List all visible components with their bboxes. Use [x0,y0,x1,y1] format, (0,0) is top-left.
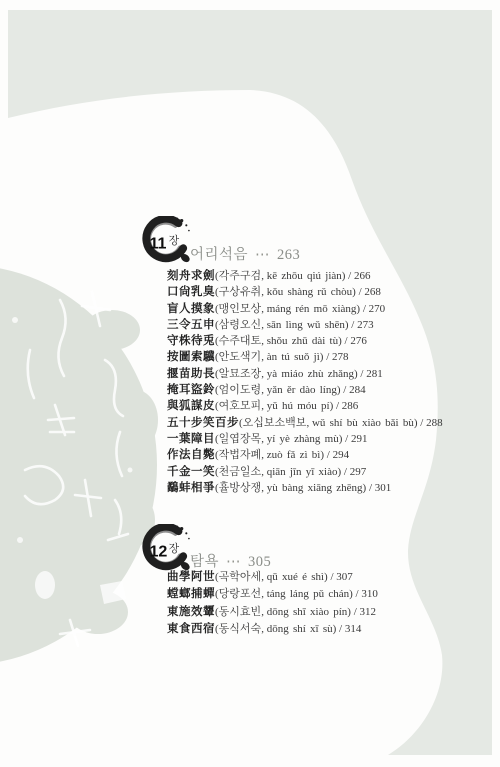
paren-close-slash: ) / [354,368,366,380]
entry-hanja: 三令五申 [167,319,215,331]
paren-close-slash: ) / [342,270,354,282]
toc-entry-list-11: 刻舟求劍(각주구검, kē zhōu qiú jiàn) / 266 口尙乳臭(… [167,268,443,496]
entry-hanja: 掩耳盜鈴 [167,384,215,396]
toc-entry: 掩耳盜鈴(엄이도령, yǎn ěr dào líng) / 284 [167,382,443,398]
paren-close-slash: ) / [324,571,336,583]
toc-entry: 千金一笑(천금일소, qiān jīn yī xiào) / 297 [167,464,443,480]
entry-hanja: 守株待兎 [167,335,215,347]
paren-close-slash: ) / [352,286,364,298]
toc-entry: 鷸蚌相爭(휼방상쟁, yù bàng xiāng zhēng) / 301 [167,480,443,496]
oracle-bone-rubbing-circle [0,265,158,665]
ink-speckle-icon [180,527,183,530]
title-ellipsis: ⋯ [226,554,241,570]
toc-entry: 東食西宿(동식서숙, dōng shí xī sù) / 314 [167,621,378,638]
entry-korean: 맹인모상 [219,303,262,315]
entry-korean: 구상유취 [219,286,262,298]
entry-pinyin: qiān jīn yī xiào [267,466,338,478]
entry-korean: 동식서숙 [219,623,262,635]
entry-korean: 안도색기 [219,351,262,363]
entry-hanja: 揠苗助長 [167,368,215,380]
entry-pinyin: kē zhōu qiú jiàn [267,270,342,282]
entry-korean: 알묘조장 [219,368,262,380]
entry-pinyin: àn tú suǒ jì [267,351,320,363]
paren-close-slash: ) / [330,400,342,412]
entry-hanja: 盲人摸象 [167,303,215,315]
entry-pinyin: táng láng pǔ chán [267,588,349,600]
entry-pinyin: dōng shí xī sù [267,623,333,635]
entry-page-number: 310 [361,588,378,600]
entry-page-number: 314 [345,623,362,635]
entry-page-number: 284 [349,384,366,396]
entry-korean: 동시효빈 [219,606,262,618]
paren-close-slash: ) / [338,335,350,347]
toc-entry: 作法自斃(작법자폐, zuò fǎ zì bì) / 294 [167,447,443,463]
entry-pinyin: zuò fǎ zì bì [267,449,321,461]
entry-pinyin: máng rén mō xiàng [267,303,357,315]
toc-entry: 五十步笑百步(오십보소백보, wǔ shí bù xiào bǎi bù) / … [167,415,443,431]
chapter-title-text: 탐욕 [190,554,219,570]
entry-page-number: 270 [369,303,386,315]
entry-pinyin: sān lìng wǔ shēn [267,319,345,331]
entry-pinyin: dōng shī xiào pín [267,606,348,618]
entry-page-number: 276 [350,335,367,347]
entry-page-number: 286 [342,400,359,412]
entry-page-number: 273 [357,319,374,331]
paren-close-slash: ) / [414,417,426,429]
chapter-title-text: 어리석음 [190,247,248,263]
entry-hanja: 口尙乳臭 [167,286,215,298]
paren-close-slash: ) / [339,433,351,445]
paren-close-slash: ) / [347,606,359,618]
entry-page-number: 312 [360,606,377,618]
entry-page-number: 268 [364,286,381,298]
entry-page-number: 291 [351,433,368,445]
entry-page-number: 281 [366,368,383,380]
entry-korean: 여호모피 [219,400,262,412]
entry-hanja: 一葉障目 [167,433,215,445]
entry-korean: 수주대토 [219,335,262,347]
toc-entry: 盲人摸象(맹인모상, máng rén mō xiàng) / 270 [167,301,443,317]
entry-page-number: 266 [354,270,371,282]
entry-korean: 삼령오신 [219,319,262,331]
toc-entry: 揠苗助長(알묘조장, yà miáo zhù zhǎng) / 281 [167,366,443,382]
entry-korean: 곡학아세 [219,571,262,583]
entry-korean: 당랑포선 [219,588,262,600]
entry-hanja: 東施效顰 [167,606,215,618]
entry-pinyin: yù bàng xiāng zhēng [267,482,363,494]
entry-korean: 작법자폐 [219,449,262,461]
title-ellipsis: ⋯ [255,247,270,263]
chapter-suffix: 장 [169,541,180,555]
entry-korean: 엄이도령 [219,384,262,396]
toc-entry: 曲學阿世(곡학아세, qū xué é shì) / 307 [167,569,378,586]
entry-hanja: 按圖索驥 [167,351,215,363]
entry-hanja: 作法自斃 [167,449,215,461]
toc-entry: 一葉障目(일엽장목, yí yè zhàng mù) / 291 [167,431,443,447]
chapter-11-badge: 11 장 [137,216,191,270]
entry-pinyin: shǒu zhū dài tù [267,335,338,347]
paren-close-slash: ) / [337,384,349,396]
entry-hanja: 鷸蚌相爭 [167,482,215,494]
paren-close-slash: ) / [333,623,345,635]
entry-page-number: 307 [336,571,353,583]
chapter-start-page: 305 [248,554,271,570]
entry-page-number: 297 [350,466,367,478]
entry-korean: 천금일소 [219,466,262,478]
entry-korean: 오십보소백보 [243,417,307,429]
entry-hanja: 五十步笑百步 [167,417,239,429]
ink-speckle-icon [180,219,183,222]
chapter-11-title: 어리석음⋯263 [190,246,300,264]
entry-hanja: 與狐謀皮 [167,400,215,412]
paren-close-slash: ) / [349,588,361,600]
entry-pinyin: yǔ hú móu pí [267,400,330,412]
entry-pinyin: yǎn ěr dào líng [267,384,337,396]
entry-hanja: 千金一笑 [167,466,215,478]
toc-entry: 口尙乳臭(구상유취, kǒu shàng rǔ chòu) / 268 [167,284,443,300]
paren-close-slash: ) / [320,449,332,461]
toc-entry: 三令五申(삼령오신, sān lìng wǔ shēn) / 273 [167,317,443,333]
entry-page-number: 278 [332,351,349,363]
paren-close-slash: ) / [363,482,375,494]
entry-page-number: 301 [375,482,392,494]
entry-pinyin: kǒu shàng rǔ chòu [267,286,352,298]
toc-entry: 東施效顰(동시효빈, dōng shī xiào pín) / 312 [167,604,378,621]
paren-close-slash: ) / [320,351,332,363]
toc-entry: 與狐謀皮(여호모피, yǔ hú móu pí) / 286 [167,398,443,414]
toc-entry-list-12: 曲學阿世(곡학아세, qū xué é shì) / 307 螳螂捕蟬(당랑포선… [167,569,378,638]
chapter-suffix: 장 [169,233,180,247]
entry-hanja: 螳螂捕蟬 [167,588,215,600]
entry-korean: 일엽장목 [219,433,262,445]
entry-pinyin: wǔ shí bù xiào bǎi bù [312,417,414,429]
toc-entry: 螳螂捕蟬(당랑포선, táng láng pǔ chán) / 310 [167,586,378,603]
entry-pinyin: yí yè zhàng mù [267,433,339,445]
paren-close-slash: ) / [337,466,349,478]
book-toc-page: 11 장 어리석음⋯263 刻舟求劍(각주구검, kē zhōu qiú jià… [0,0,500,767]
entry-pinyin: yà miáo zhù zhǎng [267,368,354,380]
entry-page-number: 294 [333,449,350,461]
paren-close-slash: ) / [345,319,357,331]
toc-entry: 守株待兎(수주대토, shǒu zhū dài tù) / 276 [167,333,443,349]
toc-entry: 刻舟求劍(각주구검, kē zhōu qiú jiàn) / 266 [167,268,443,284]
entry-page-number: 288 [426,417,443,429]
chapter-number: 11 [149,235,166,253]
paren-close-slash: ) / [356,303,368,315]
entry-hanja: 刻舟求劍 [167,270,215,282]
toc-entry: 按圖索驥(안도색기, àn tú suǒ jì) / 278 [167,349,443,365]
entry-hanja: 曲學阿世 [167,571,215,583]
entry-pinyin: qū xué é shì [267,571,324,583]
entry-korean: 각주구검 [219,270,262,282]
entry-korean: 휼방상쟁 [219,482,262,494]
entry-hanja: 東食西宿 [167,623,215,635]
chapter-number: 12 [149,543,167,561]
chapter-start-page: 263 [277,247,300,263]
